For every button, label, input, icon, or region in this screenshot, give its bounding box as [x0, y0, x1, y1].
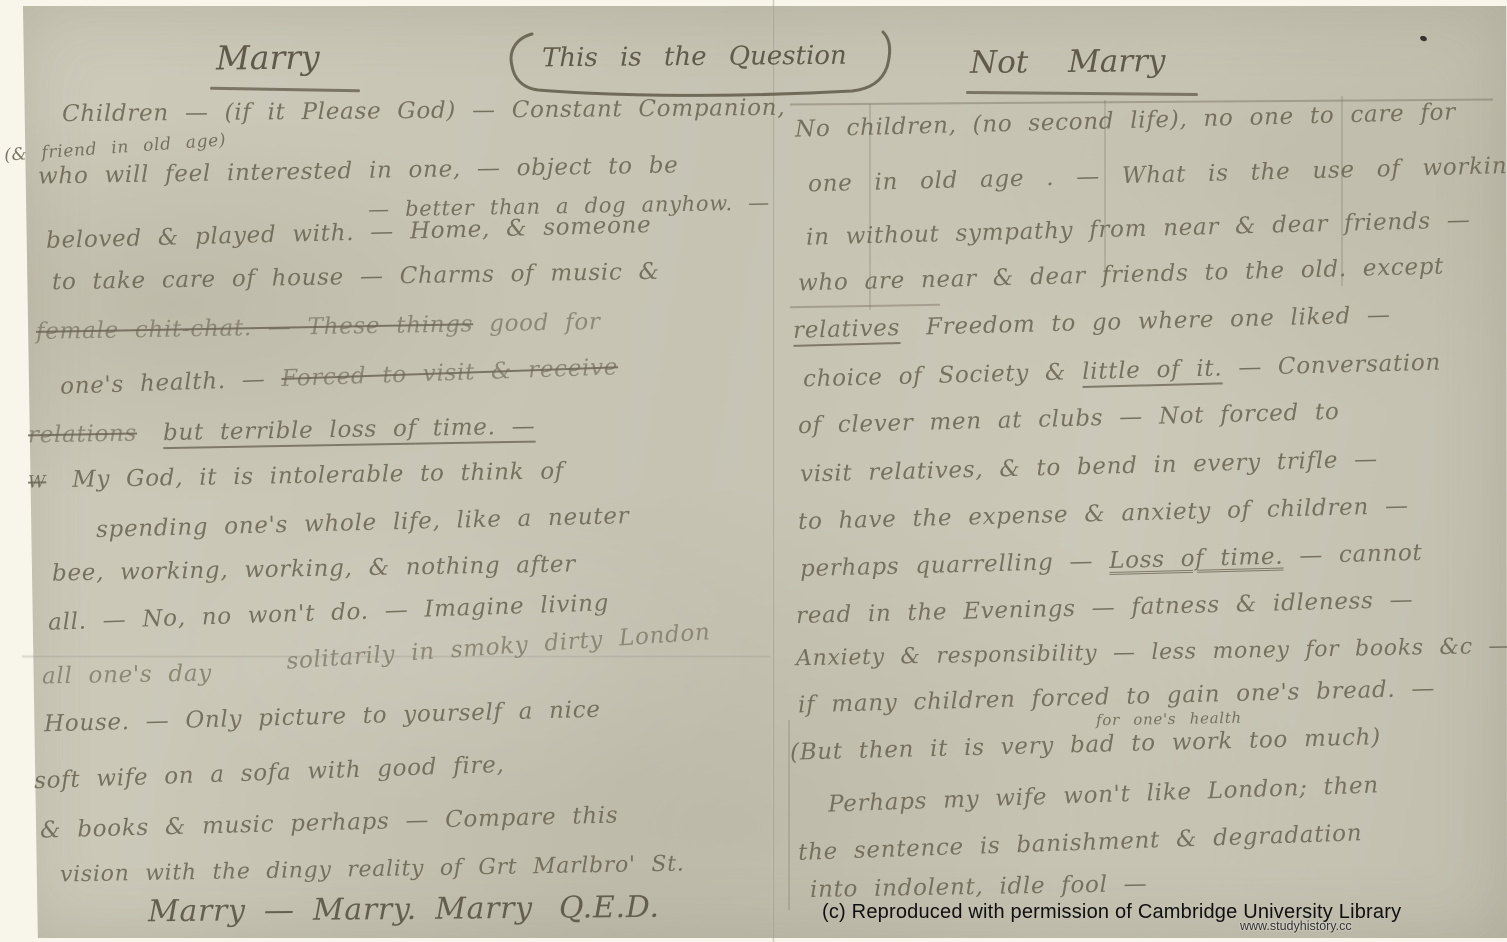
manuscript-line: all one's day: [42, 661, 212, 690]
underlined-text: Loss of time.: [1109, 544, 1284, 575]
center-fold-crease: [772, 0, 775, 942]
line-text: good for: [473, 309, 601, 337]
qed-text: Q.E.D.: [559, 890, 660, 926]
struck-text: relations: [28, 421, 137, 449]
manuscript-scan: Marry This is the Question Not Marry Chi…: [0, 0, 1507, 942]
line-text: Marry — Marry. Marry: [148, 891, 533, 929]
header-not-marry: Not Marry: [970, 43, 1166, 81]
struck-mark: W: [28, 472, 47, 492]
header-marry: Marry: [216, 38, 320, 78]
watermark-text: www.studyhistory.cc: [1240, 919, 1352, 933]
manuscript-insertion: for one's health: [1096, 709, 1242, 730]
line-text: — cannot: [1283, 540, 1423, 570]
underlined-text: relatives: [793, 315, 901, 344]
manuscript-line-qed: Marry — Marry. MarryQ.E.D.: [148, 890, 660, 929]
header-question: This is the Question: [542, 41, 847, 74]
underlined-text: little of it.: [1082, 355, 1223, 385]
